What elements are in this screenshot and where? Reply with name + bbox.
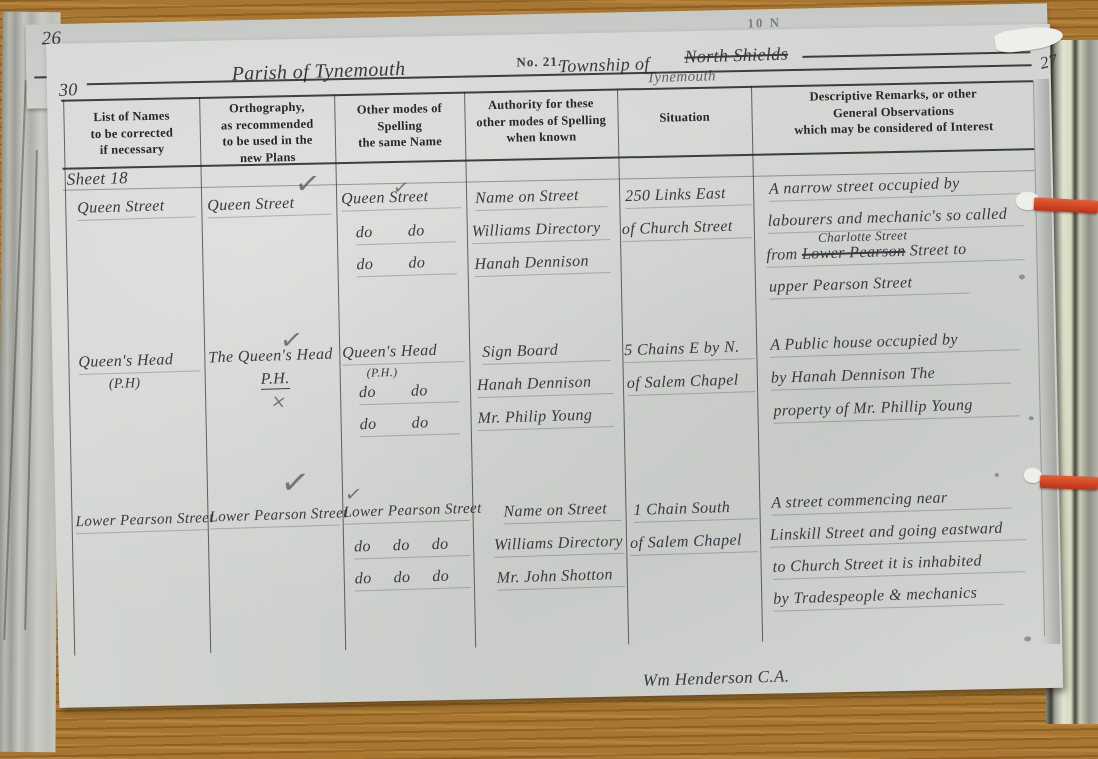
column-header-line: new Plans (200, 148, 335, 167)
row1-remarks-line: from Lower Pearson Street to (766, 239, 1025, 268)
paper-stain (1029, 416, 1034, 420)
strikethrough-extension-rule (802, 51, 1030, 58)
parish-title: Parish of Tynemouth (231, 58, 406, 86)
column-divider-5 (751, 86, 763, 642)
row2-orthography: P.H. (261, 370, 290, 390)
ledger-page: Parish of Tynemouth No. 21. Township of … (46, 24, 1063, 708)
column-header-line: when known (465, 128, 618, 148)
row3-other-spelling: Lower Pearson Street (343, 501, 470, 525)
row1-remarks-line: upper Pearson Street (769, 272, 970, 299)
row2-situation: of Salem Chapel (627, 371, 756, 396)
row3-authority: Mr. John Shotton (497, 566, 626, 591)
row1-orthography: Queen Street (207, 194, 332, 219)
column-header-situation: Situation (617, 108, 751, 127)
row1-name: Queen Street (77, 196, 196, 221)
row3-remarks-line: A street commencing near (771, 487, 1012, 515)
column-header-authority: Authority for these other modes of Spell… (464, 95, 618, 148)
row2-remarks-line: by Hanah Dennison The (771, 362, 1012, 390)
row1-situation: 250 Links East (625, 184, 752, 209)
row2-authority: Sign Board (482, 340, 611, 365)
row3-remarks-line: Linskill Street and going eastward (770, 519, 1027, 548)
row1-authority: Name on Street (475, 186, 608, 211)
row3-authority: Williams Directory (494, 533, 625, 558)
row2-other-spelling: do do (359, 413, 460, 437)
paper-stain (1019, 274, 1025, 279)
remarks-text: from (766, 246, 802, 264)
row3-situation: of Salem Chapel (630, 531, 759, 556)
sheet-number-label: No. 21. (516, 54, 562, 71)
red-ribbon-bookmark (1040, 475, 1098, 490)
remarks-text: Street to (905, 241, 967, 260)
row1-other-spelling: Queen Street (341, 187, 462, 212)
column-divider-1 (199, 97, 211, 653)
column-divider-2 (334, 94, 346, 650)
row2-name: (P.H) (109, 376, 141, 393)
row3-situation: 1 Chain South (633, 498, 758, 523)
column-header-line: other modes of Spelling (464, 111, 617, 131)
sheet-label: Sheet 18 (66, 168, 128, 190)
remarks-struck-text: Lower Pearson (802, 243, 906, 263)
row2-remarks-line: property of Mr. Phillip Young (773, 395, 1020, 424)
paper-stain (1024, 636, 1031, 641)
row2-other-spelling: Queen's Head (342, 341, 465, 366)
row1-authority: Hanah Dennison (474, 252, 611, 277)
photographed-ledger-scene: 26 Parish of Tynemouth 10 N Parish of Ty… (0, 0, 1098, 759)
row3-other-spelling: do do do (355, 567, 472, 592)
row2-situation: 5 Chains E by N. (624, 338, 755, 363)
row3-remarks-line: by Tradespeople & mechanics (773, 584, 1004, 612)
column-header-other-modes: Other modes of Spelling the same Name (334, 100, 465, 152)
row2-name: Queen's Head (78, 350, 201, 375)
column-header-line: Situation (617, 108, 751, 127)
township-name-struck: North Shields (684, 44, 788, 68)
row1-remarks-line: A narrow street occupied by (769, 173, 1022, 202)
paper-stain (995, 473, 999, 477)
row2-other-spelling: do do (359, 381, 460, 405)
row1-authority: Williams Directory (472, 219, 611, 244)
row3-remarks-line: to Church Street it is inhabited (772, 551, 1025, 580)
column-divider-3 (464, 92, 476, 648)
surveyor-signature: Wm Henderson C.A. (643, 666, 790, 690)
row3-name: Lower Pearson Street (75, 510, 208, 534)
column-header-remarks: Descriptive Remarks, or other General Ob… (751, 84, 1036, 139)
row1-situation: of Church Street (622, 217, 753, 242)
row3-other-spelling: do do do (354, 535, 471, 560)
row1-other-spelling: do do (356, 253, 457, 277)
column-header-orthography: Orthography, as recommended to be used i… (199, 98, 335, 167)
check-mark: ✓ (278, 461, 312, 505)
row3-authority: Name on Street (503, 500, 622, 525)
row2-orthography: The Queen's Head (208, 346, 333, 368)
row3-orthography: Lower Pearson Street (209, 506, 340, 530)
row2-remarks-line: A Public house occupied by (770, 329, 1021, 358)
column-header-names: List of Names to be corrected if necessa… (63, 107, 200, 159)
row2-authority: Mr. Philip Young (477, 406, 614, 431)
row1-other-spelling: do do (356, 221, 457, 245)
row2-other-spelling: (P.H.) (366, 365, 397, 381)
x-mark: × (270, 390, 288, 413)
row2-authority: Hanah Dennison (477, 373, 614, 398)
check-mark: ✓ (344, 481, 364, 507)
column-header-line: if necessary (64, 140, 200, 159)
column-header-line: the same Name (335, 133, 465, 152)
column-divider-4 (617, 89, 629, 645)
page-number-left: 30 (59, 79, 78, 101)
